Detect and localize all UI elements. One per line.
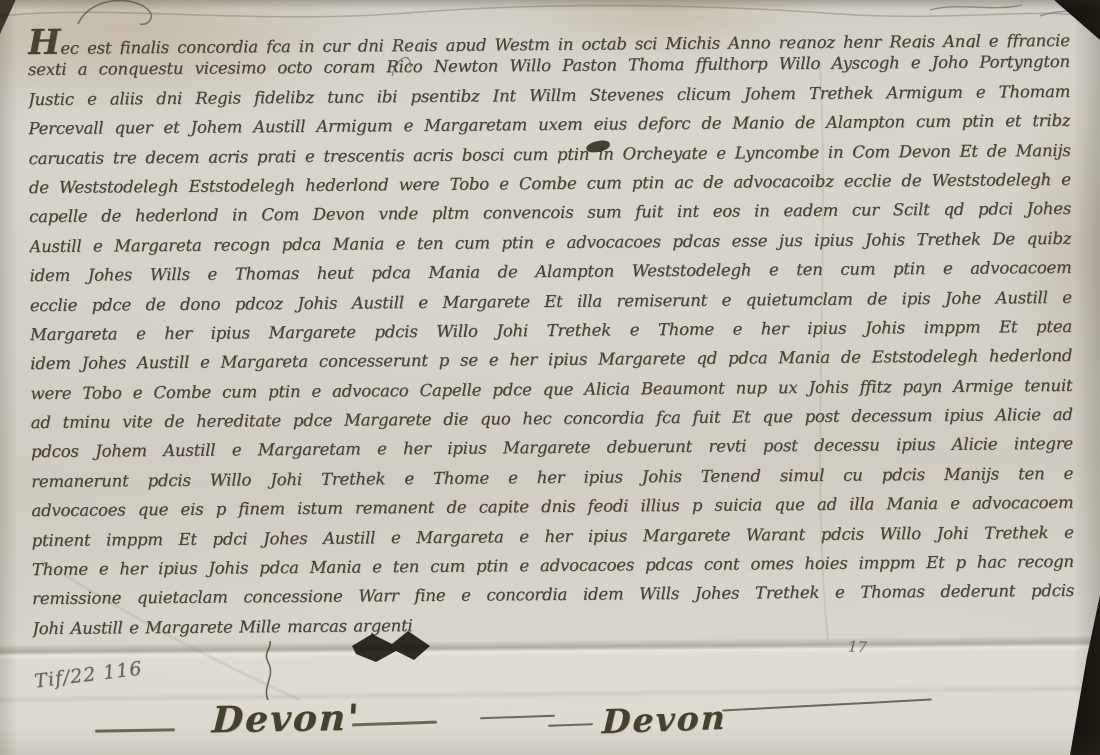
county-endorsement-right: Devon: [601, 698, 727, 741]
foot-fold-strip: [0, 646, 1100, 755]
manuscript-photo: Hec est finalis concordia fca in cur dni…: [0, 0, 1100, 755]
county-endorsement-left: Devon': [211, 697, 361, 742]
folio-number: 17: [848, 638, 868, 657]
latin-text-block: Hec est finalis concordia fca in cur dni…: [28, 18, 1075, 643]
